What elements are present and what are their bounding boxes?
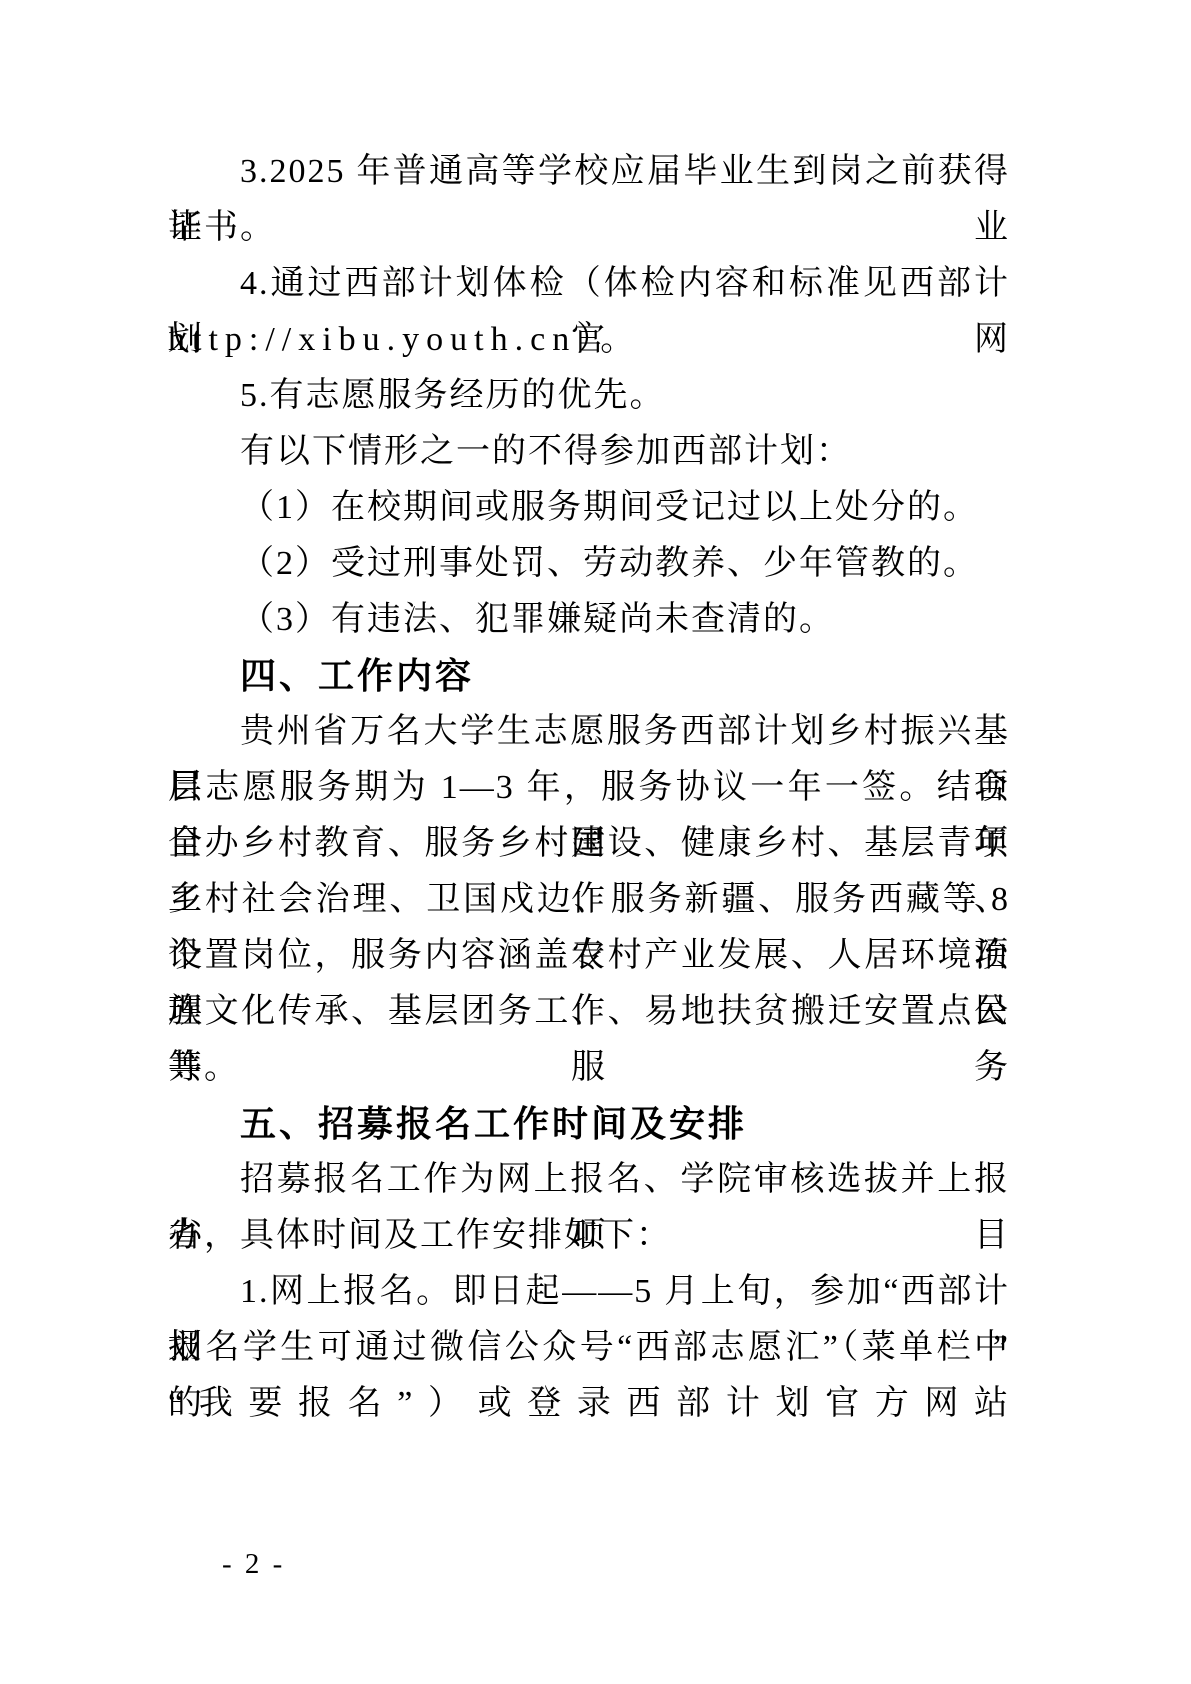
paragraph-work-content-line-5: 设置岗位，服务内容涵盖农村产业发展、人居环境治理、民 <box>168 928 1010 984</box>
paragraph-work-content-line-2: 目志愿服务期为 1—3 年，服务协议一年一签。结合全国项 <box>168 760 1010 816</box>
paragraph-item-3-graduation: 3.2025 年普通高等学校应届毕业生到岗之前获得毕业 <box>168 144 1010 200</box>
paragraph-item-4-medical-check: 4.通过西部计划体检（体检内容和标准见西部计划官网 <box>168 256 1010 312</box>
document-body: 3.2025 年普通高等学校应届毕业生到岗之前获得毕业 证书。 4.通过西部计划… <box>168 144 1010 1432</box>
document-page: 3.2025 年普通高等学校应届毕业生到岗之前获得毕业 证书。 4.通过西部计划… <box>0 0 1191 1684</box>
page-number: - 2 - <box>222 1542 285 1586</box>
paragraph-online-signup-line-1: 1.网上报名。即日起——5 月上旬，参加“西部计划” <box>168 1264 1010 1320</box>
paragraph-recruitment-line-1: 招募报名工作为网上报名、学院审核选拔并上报省项目 <box>168 1152 1010 1208</box>
section-heading-work-content: 四、工作内容 <box>168 648 1010 704</box>
paragraph-disqualify-intro: 有以下情形之一的不得参加西部计划： <box>168 424 1010 480</box>
paragraph-work-content-line-6: 族文化传承、基层团务工作、易地扶贫搬迁安置点公共服务 <box>168 984 1010 1040</box>
paragraph-disqualify-2: （2）受过刑事处罚、劳动教养、少年管教的。 <box>168 536 1010 592</box>
paragraph-disqualify-3: （3）有违法、犯罪嫌疑尚未查清的。 <box>168 592 1010 648</box>
paragraph-online-signup-line-3: “我要报名”）或登录西部计划官方网站 <box>168 1376 1010 1432</box>
paragraph-work-content-line-3: 目办乡村教育、服务乡村建设、健康乡村、基层青年工作、 <box>168 816 1010 872</box>
paragraph-online-signup-line-2: 报名学生可通过微信公众号“西部志愿汇”（菜单栏中的 <box>168 1320 1010 1376</box>
paragraph-disqualify-1: （1）在校期间或服务期间受记过以上处分的。 <box>168 480 1010 536</box>
paragraph-item-5-priority: 5.有志愿服务经历的优先。 <box>168 368 1010 424</box>
paragraph-work-content-line-1: 贵州省万名大学生志愿服务西部计划乡村振兴基层项 <box>168 704 1010 760</box>
paragraph-work-content-line-4: 乡村社会治理、卫国戍边、服务新疆、服务西藏等 8 个专项 <box>168 872 1010 928</box>
section-heading-recruitment-schedule: 五、招募报名工作时间及安排 <box>168 1096 1010 1152</box>
